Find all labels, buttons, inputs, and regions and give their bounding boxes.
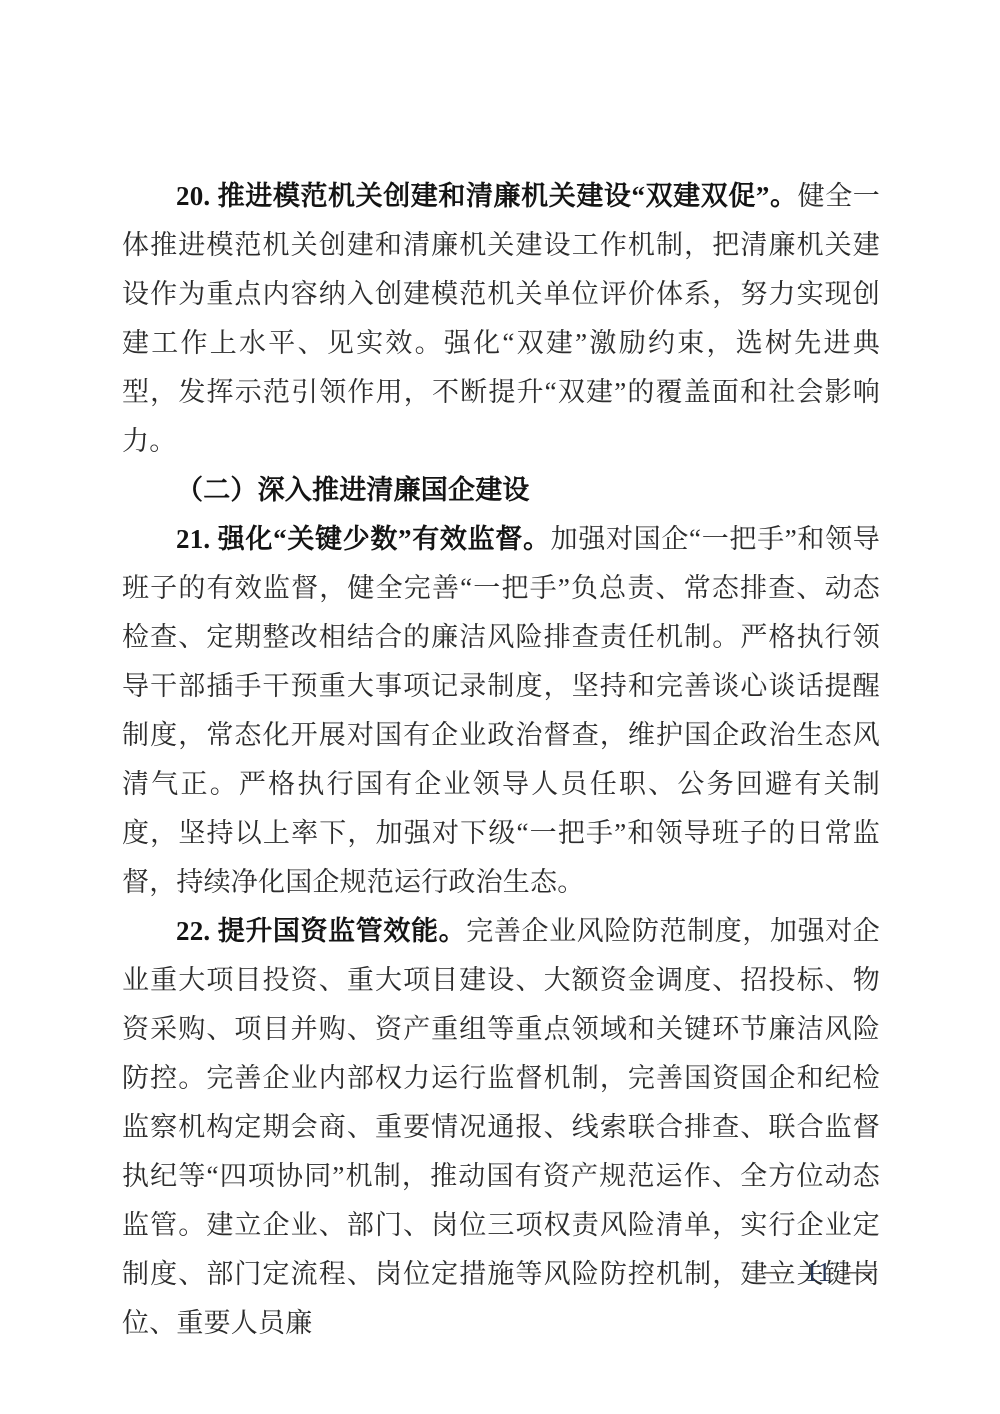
document-body: 20. 推进模范机关创建和清廉机关建设“双建双促”。健全一体推进模范机关创建和清… [122,172,880,1348]
footer-dash-left: — [764,1252,791,1288]
document-page: 20. 推进模范机关创建和清廉机关建设“双建双促”。健全一体推进模范机关创建和清… [0,0,1000,1414]
paragraph-20-lead: 20. 推进模范机关创建和清廉机关建设“双建双促”。 [176,181,798,211]
page-number: 11 [805,1254,831,1290]
section-heading-2: （二）深入推进清廉国企建设 [122,466,880,515]
footer-dash-right: — [845,1252,872,1288]
paragraph-21-text: 加强对国企“一把手”和领导班子的有效监督，健全完善“一把手”负总责、常态排查、动… [122,524,880,897]
paragraph-20: 20. 推进模范机关创建和清廉机关建设“双建双促”。健全一体推进模范机关创建和清… [122,172,880,466]
paragraph-22-lead: 22. 提升国资监管效能。 [176,916,466,946]
paragraph-21-lead: 21. 强化“关键少数”有效监督。 [176,524,551,554]
section-heading-2-label: （二）深入推进清廉国企建设 [176,475,530,505]
paragraph-20-text: 健全一体推进模范机关创建和清廉机关建设工作机制，把清廉机关建设作为重点内容纳入创… [122,181,880,456]
paragraph-21: 21. 强化“关键少数”有效监督。加强对国企“一把手”和领导班子的有效监督，健全… [122,515,880,907]
page-footer: —11— [764,1254,872,1290]
